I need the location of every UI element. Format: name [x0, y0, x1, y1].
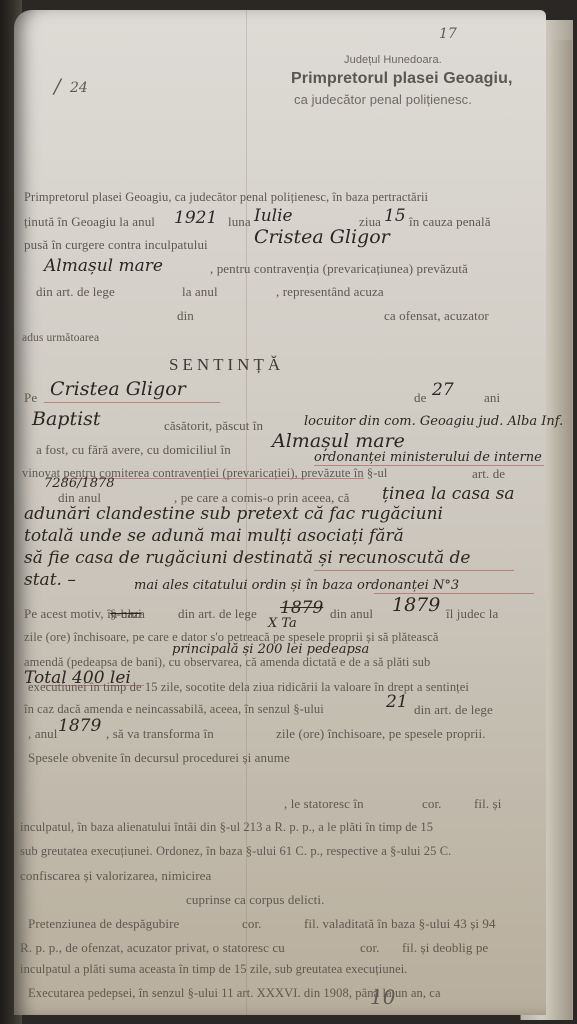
preamble-line-6b: ca ofensat, acuzator [384, 308, 489, 324]
hw-offense-1: ținea la casa sa [382, 484, 515, 504]
hw-offense-3: totală unde se adună mai mulți asociați … [24, 526, 404, 546]
body-l15b: din art. de lege [414, 702, 493, 718]
body-l23c: fil. valaditată în baza §-ului 43 și 94 [304, 916, 496, 932]
hw-law-year: 1879 [392, 594, 440, 616]
hw-origin: locuitor din com. Geoagiu jud. Alba Inf. [304, 414, 563, 429]
hw-month: Iulie [254, 206, 293, 226]
document-page: / 24 17 Județul Hunedoara. Primpretorul … [14, 10, 546, 1015]
hw-offense-5: stat. – [24, 570, 76, 590]
body-l11-struck: §-ului [110, 606, 142, 622]
hw-village: Almașul mare [44, 256, 163, 276]
hw-day: 15 [384, 206, 406, 226]
red-underline [44, 402, 220, 403]
body-l1-de: de [414, 390, 426, 406]
hw-defendant-name: Cristea Gligor [254, 226, 390, 248]
hw-name-2: Cristea Gligor [50, 378, 186, 400]
header-county: Județul Hunedoara. [344, 54, 442, 66]
hw-year: 1921 [174, 208, 217, 228]
preamble-line-4: , pentru contravenția (prevaricațiunea) … [210, 261, 468, 277]
body-l16b: , să va transforma în [106, 726, 214, 742]
header-title: Primpretorul plasei Geoagiu, [291, 70, 513, 88]
hw-ordinance-above: ordonanței ministerului de interne [314, 450, 542, 465]
preamble-line-2b: luna [228, 214, 251, 230]
body-l11c: din anul [330, 606, 373, 622]
body-l20: sub greutatea execuțiunei. Ordonez, în b… [20, 844, 451, 859]
body-l23b: cor. [242, 916, 262, 932]
document-title-sentinta: SENTINȚĂ [169, 355, 284, 375]
hw-legal-basis-above: mai ales citatului ordin și în baza ordo… [134, 578, 459, 593]
body-l16a: , anul [28, 726, 57, 742]
body-l11b: din art. de lege [178, 606, 257, 622]
body-l24a: R. p. p., de ofenzat, acuzator privat, o… [20, 940, 285, 956]
hw-ordinance-number: 7286/1878 [44, 476, 115, 491]
body-l16c: zile (ore) închisoare, pe spesele propri… [276, 726, 486, 742]
body-l18c: fil. și [474, 796, 501, 812]
body-l23a: Pretenziunea de despăgubire [28, 916, 179, 932]
body-l24b: cor. [360, 940, 380, 956]
body-l22: cuprinse ca corpus delicti. [186, 892, 324, 908]
bottom-page-number: 10 [370, 985, 395, 1009]
body-l3a: a fost, cu fără avere, cu domiciliul în [36, 442, 231, 458]
preamble-line-1: Primpretorul plasei Geoagiu, ca judecăto… [24, 190, 428, 205]
preamble-line-7: adus următoarea [22, 332, 99, 344]
hw-offense-4: să fie casa de rugăciuni destinată și re… [24, 548, 470, 568]
hw-age: 27 [432, 380, 454, 400]
underlying-page-edge-2 [548, 40, 572, 1020]
body-l2a: căsătorit, păscut în [164, 418, 263, 434]
body-l15a: în caz dacă amenda e neincassabilă, acee… [24, 702, 324, 717]
preamble-line-2a: ținută în Geoagiu la anul [24, 214, 155, 230]
preamble-line-5c: , representând acuza [276, 284, 384, 300]
header-subtitle: ca judecător penal polițienesc. [294, 92, 472, 107]
body-l18a: , le statoresc în [284, 796, 364, 812]
preamble-line-3a: pusă în curgere contra inculpatului [24, 237, 208, 253]
hw-domicile: Almașul mare [272, 430, 405, 452]
preamble-line-6a: din [177, 308, 194, 324]
body-l19: inculpatul, în baza alienatului întâi di… [20, 820, 433, 835]
preamble-line-5a: din art. de lege [36, 284, 115, 300]
preamble-line-2d: în cauza penală [409, 214, 491, 230]
body-l11d: îl judec la [446, 606, 498, 622]
margin-number-left: 24 [70, 80, 88, 96]
hw-year-2: 1879 [58, 716, 101, 736]
body-l25: inculpatul a plăti suma aceasta în timp … [20, 962, 408, 977]
body-l1-ani: ani [484, 390, 500, 406]
hw-mark-above: X Ta [268, 616, 297, 631]
red-underline [314, 570, 514, 571]
body-l21: confiscarea și valorizarea, nimicirea [20, 868, 211, 884]
body-l1-pre: Pe [24, 390, 37, 406]
hw-paragraph: 21 [386, 692, 408, 712]
hw-offense-2: adunări clandestine sub pretext că fac r… [24, 504, 443, 524]
preamble-line-5b: la anul [182, 284, 218, 300]
body-l17: Spesele obvenite în decursul procedurei … [28, 750, 290, 766]
top-right-folio-number: 17 [439, 26, 457, 42]
body-l4b: art. de [472, 466, 505, 482]
body-l18b: cor. [422, 796, 442, 812]
body-l24c: fil. și deoblig pe [402, 940, 488, 956]
hw-struck-year: 1879 [280, 598, 323, 618]
margin-mark-left: / [54, 74, 61, 98]
hw-religion: Baptist [32, 408, 101, 430]
